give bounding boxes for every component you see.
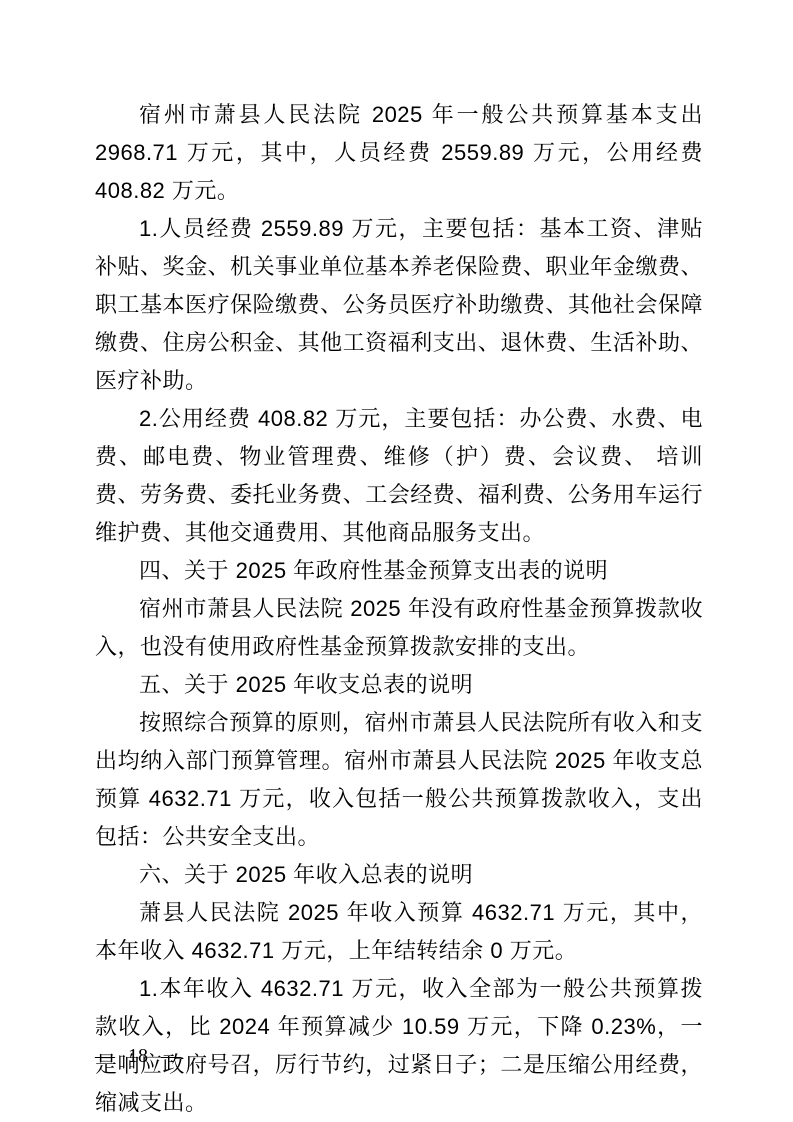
heading-section-6-income-summary: 六、关于 2025 年收入总表的说明: [95, 856, 703, 894]
paragraph-current-year-income-note: 1.本年收入 4632.71 万元，收入全部为一般公共预算拨款收入，比 2024…: [95, 970, 703, 1122]
paragraph-gov-fund-budget-note: 宿州市萧县人民法院 2025 年没有政府性基金预算拨款收入，也没有使用政府性基金…: [95, 590, 703, 666]
paragraph-public-funds-detail: 2.公用经费 408.82 万元，主要包括：办公费、水费、电费、邮电费、物业管理…: [95, 400, 703, 552]
paragraph-total-budget-note: 按照综合预算的原则，宿州市萧县人民法院所有收入和支出均纳入部门预算管理。宿州市萧…: [95, 704, 703, 856]
paragraph-basic-expenditure-summary: 宿州市萧县人民法院 2025 年一般公共预算基本支出 2968.71 万元，其中…: [95, 96, 703, 210]
document-page: 宿州市萧县人民法院 2025 年一般公共预算基本支出 2968.71 万元，其中…: [0, 0, 793, 1122]
page-footer: —18—: [95, 1042, 181, 1070]
paragraph-income-budget-note: 萧县人民法院 2025 年收入预算 4632.71 万元，其中，本年收入 463…: [95, 894, 703, 970]
document-body: 宿州市萧县人民法院 2025 年一般公共预算基本支出 2968.71 万元，其中…: [95, 96, 703, 1122]
footer-dash-left: —: [95, 1042, 115, 1070]
page-number: 18: [128, 1042, 148, 1070]
heading-section-5-revenue-expenditure-summary: 五、关于 2025 年收支总表的说明: [95, 666, 703, 704]
heading-section-4-gov-fund-expenditure: 四、关于 2025 年政府性基金预算支出表的说明: [95, 552, 703, 590]
paragraph-personnel-funds-detail: 1.人员经费 2559.89 万元，主要包括：基本工资、津贴补贴、奖金、机关事业…: [95, 210, 703, 400]
footer-dash-right: —: [161, 1042, 181, 1070]
